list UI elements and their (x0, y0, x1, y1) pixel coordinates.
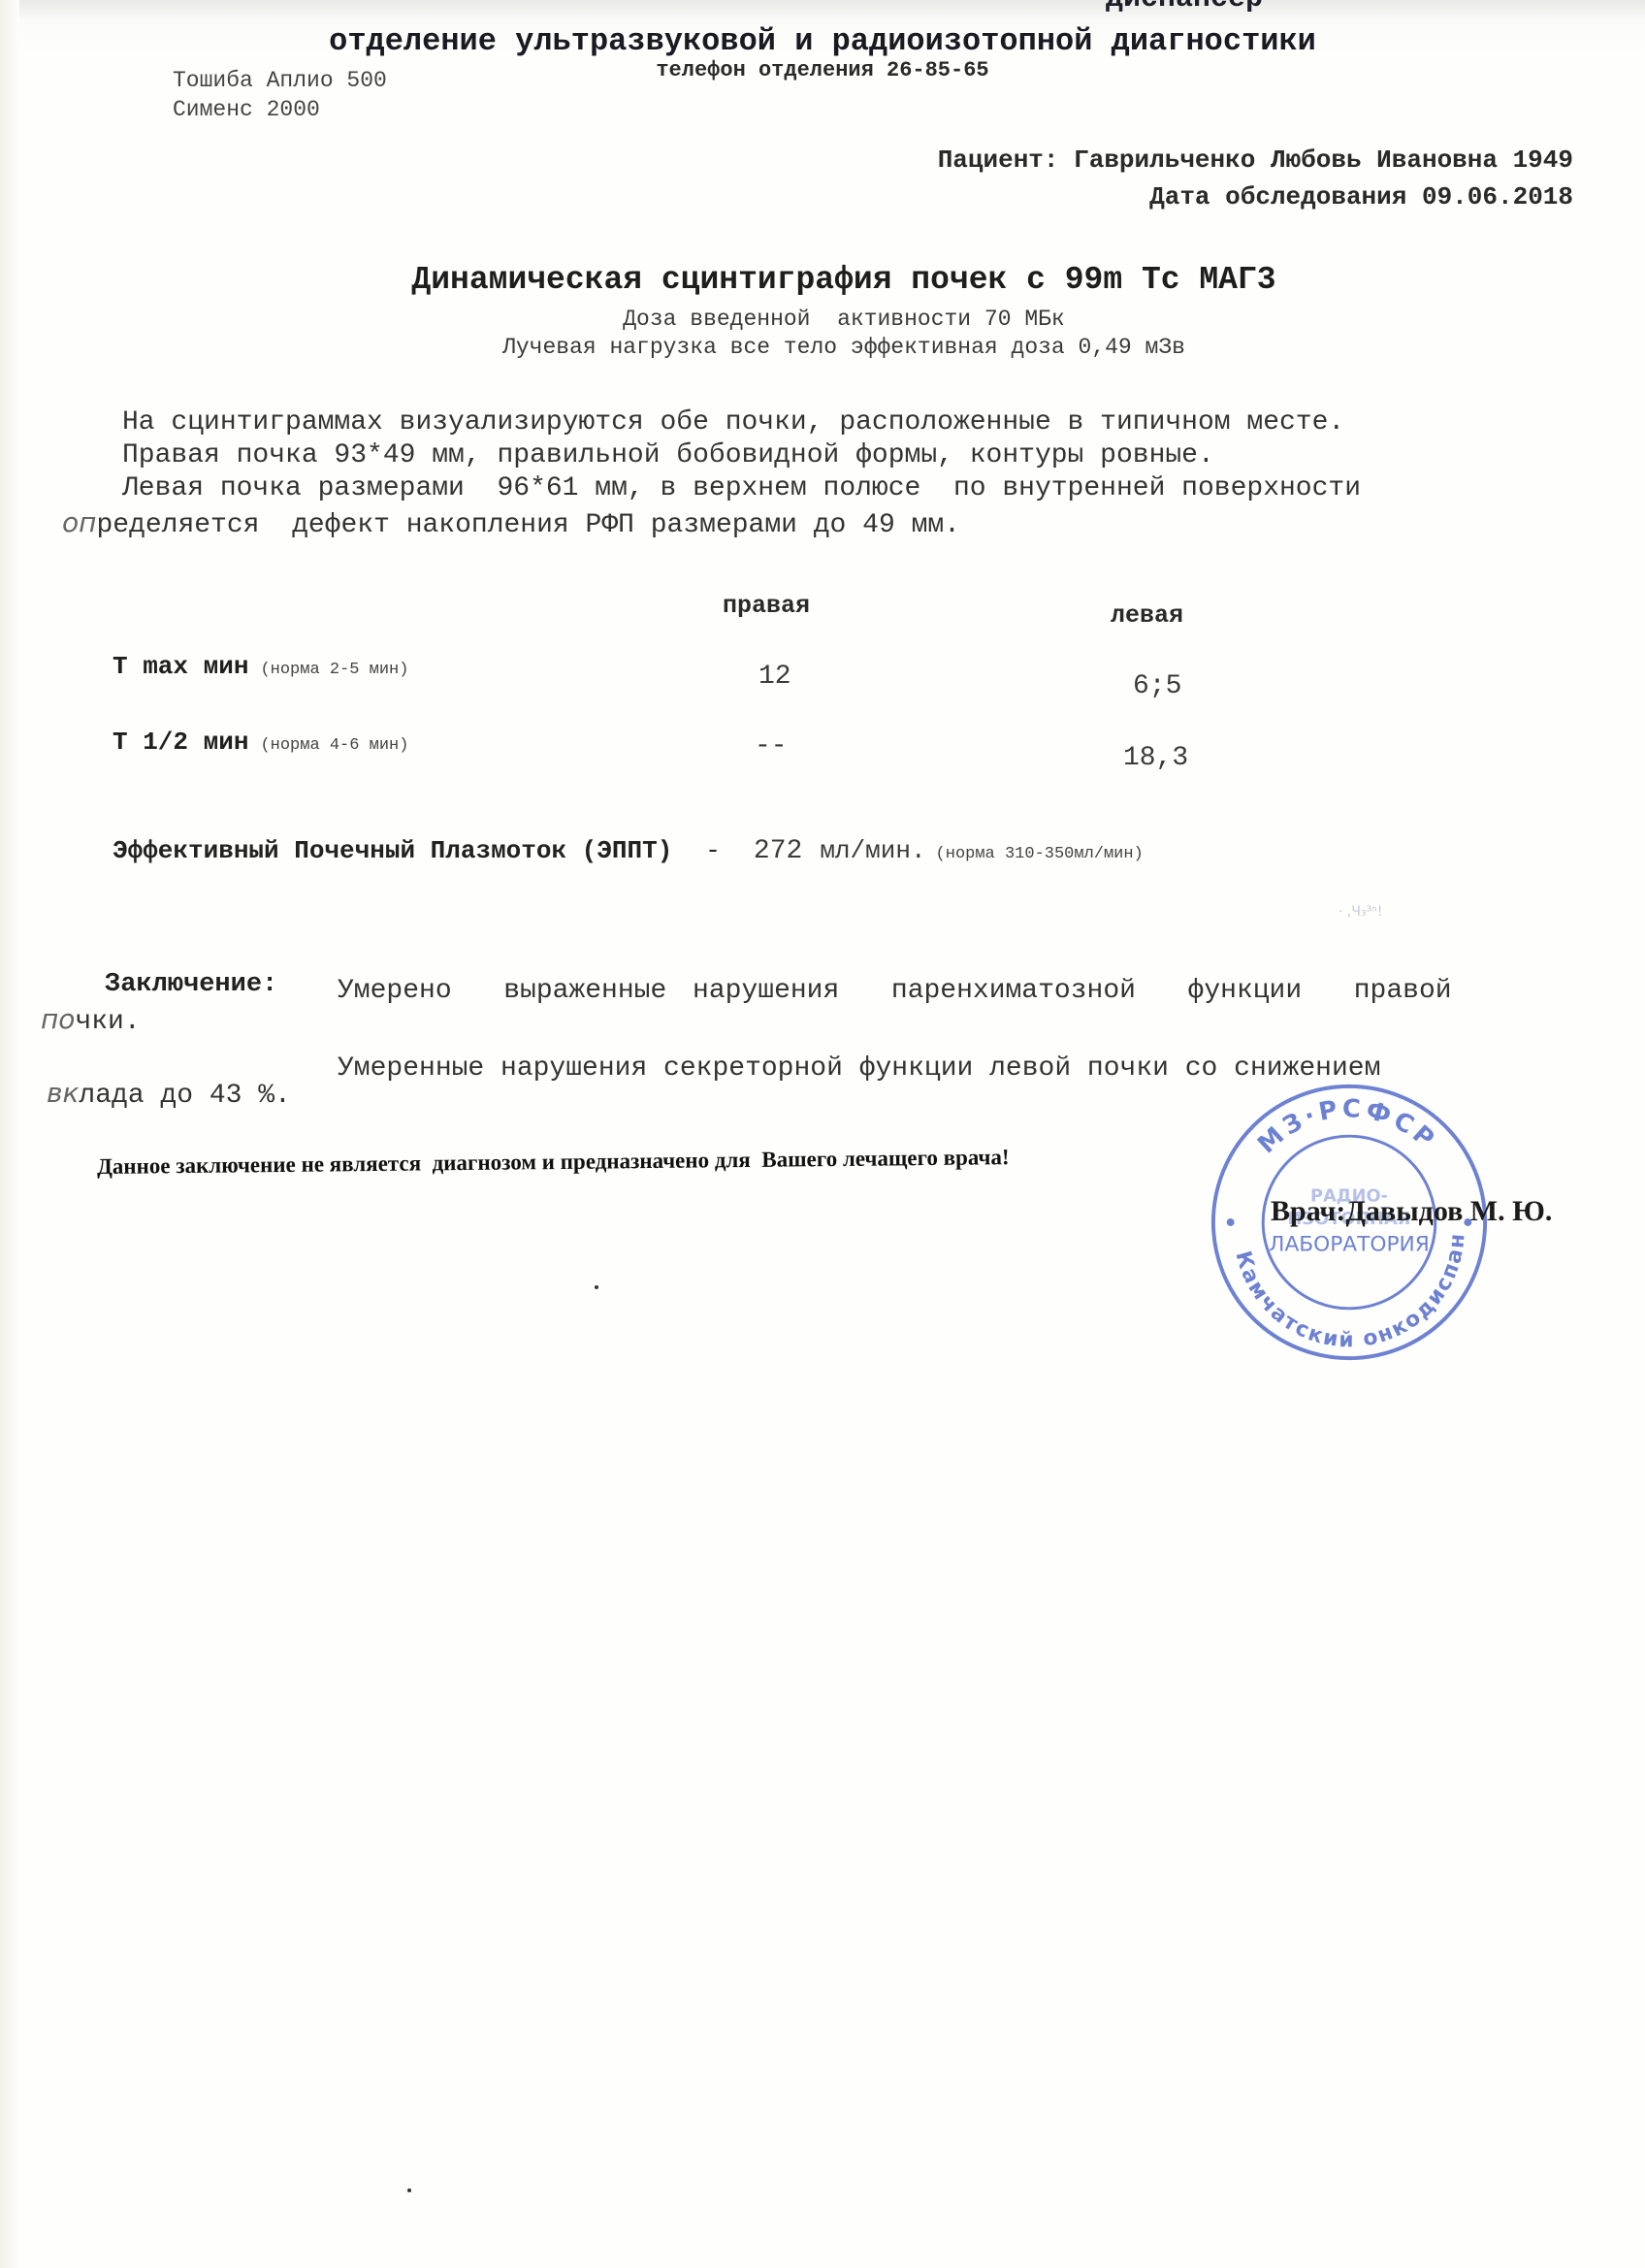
patient-name: Пациент: Гаврильченко Любовь Ивановна 19… (938, 146, 1573, 175)
tmax-left-value: 6;5 (1133, 671, 1181, 701)
department-title: отделение ультразвуковой и радиоизотопно… (0, 23, 1645, 59)
exam-date: Дата обследования 09.06.2018 (1149, 182, 1573, 211)
norm-range: (норма 2-5 мин) (260, 661, 408, 679)
eppt-line: Эффективный Почечный Плазмоток (ЭППТ)-27… (113, 836, 1144, 866)
conclusion-line: Умерено выраженные нарушения паренхимато… (338, 976, 1452, 1006)
eppt-value: 272 (754, 836, 802, 866)
faint-mark: · ,Ч₃³ⁿ! (1339, 904, 1382, 920)
conclusion-line: почки. (41, 1003, 141, 1037)
thalf-left-value: 18,3 (1123, 743, 1188, 773)
column-header-left: левая (1111, 601, 1183, 630)
scan-speck (595, 1285, 598, 1289)
table-row-label: T 1/2 мин(норма 4-6 мин) (113, 728, 408, 757)
conclusion-line: вклада до 43 %. (47, 1077, 291, 1111)
thalf-right-value: -- (755, 731, 788, 761)
svg-text:ЛАБОРАТОРИЯ: ЛАБОРАТОРИЯ (1269, 1233, 1430, 1257)
table-row-label: T max мин(норма 2-5 мин) (113, 652, 408, 681)
column-header-right: правая (723, 592, 810, 620)
description-line: На сцинтиграммах визуализируются обе поч… (122, 407, 1344, 437)
description-line: определяется дефект накопления РФП разме… (62, 506, 960, 540)
description-line: Правая почка 93*49 мм, правильной бобови… (122, 440, 1214, 470)
eppt-label: Эффективный Почечный Плазмоток (ЭППТ) (113, 836, 672, 865)
scan-speck (407, 2188, 411, 2192)
header-cut-off-text: диспансер (1106, 0, 1263, 16)
eppt-unit: мл/мин. (820, 836, 925, 865)
study-title: Динамическая сцинтиграфия почек с 99m Tc… (0, 262, 1645, 298)
description-line: Левая почка размерами 96*61 мм, в верхне… (122, 473, 1361, 503)
equipment-item: Тошиба Аплио 500 (173, 68, 387, 93)
dose-info: Доза введенной активности 70 МБк (0, 307, 1645, 332)
norm-range: (норма 4-6 мин) (260, 736, 408, 755)
eppt-norm: (норма 310-350мл/мин) (936, 845, 1144, 863)
equipment-item: Сименс 2000 (173, 97, 320, 122)
radiation-info: Лучевая нагрузка все тело эффективная до… (0, 335, 1645, 360)
doctor-signature: Врач:Давыдов М. Ю. (1271, 1195, 1552, 1228)
conclusion-label: Заключение: (105, 970, 277, 999)
handwritten-correction: оп (62, 506, 96, 538)
tmax-right-value: 12 (758, 662, 791, 692)
